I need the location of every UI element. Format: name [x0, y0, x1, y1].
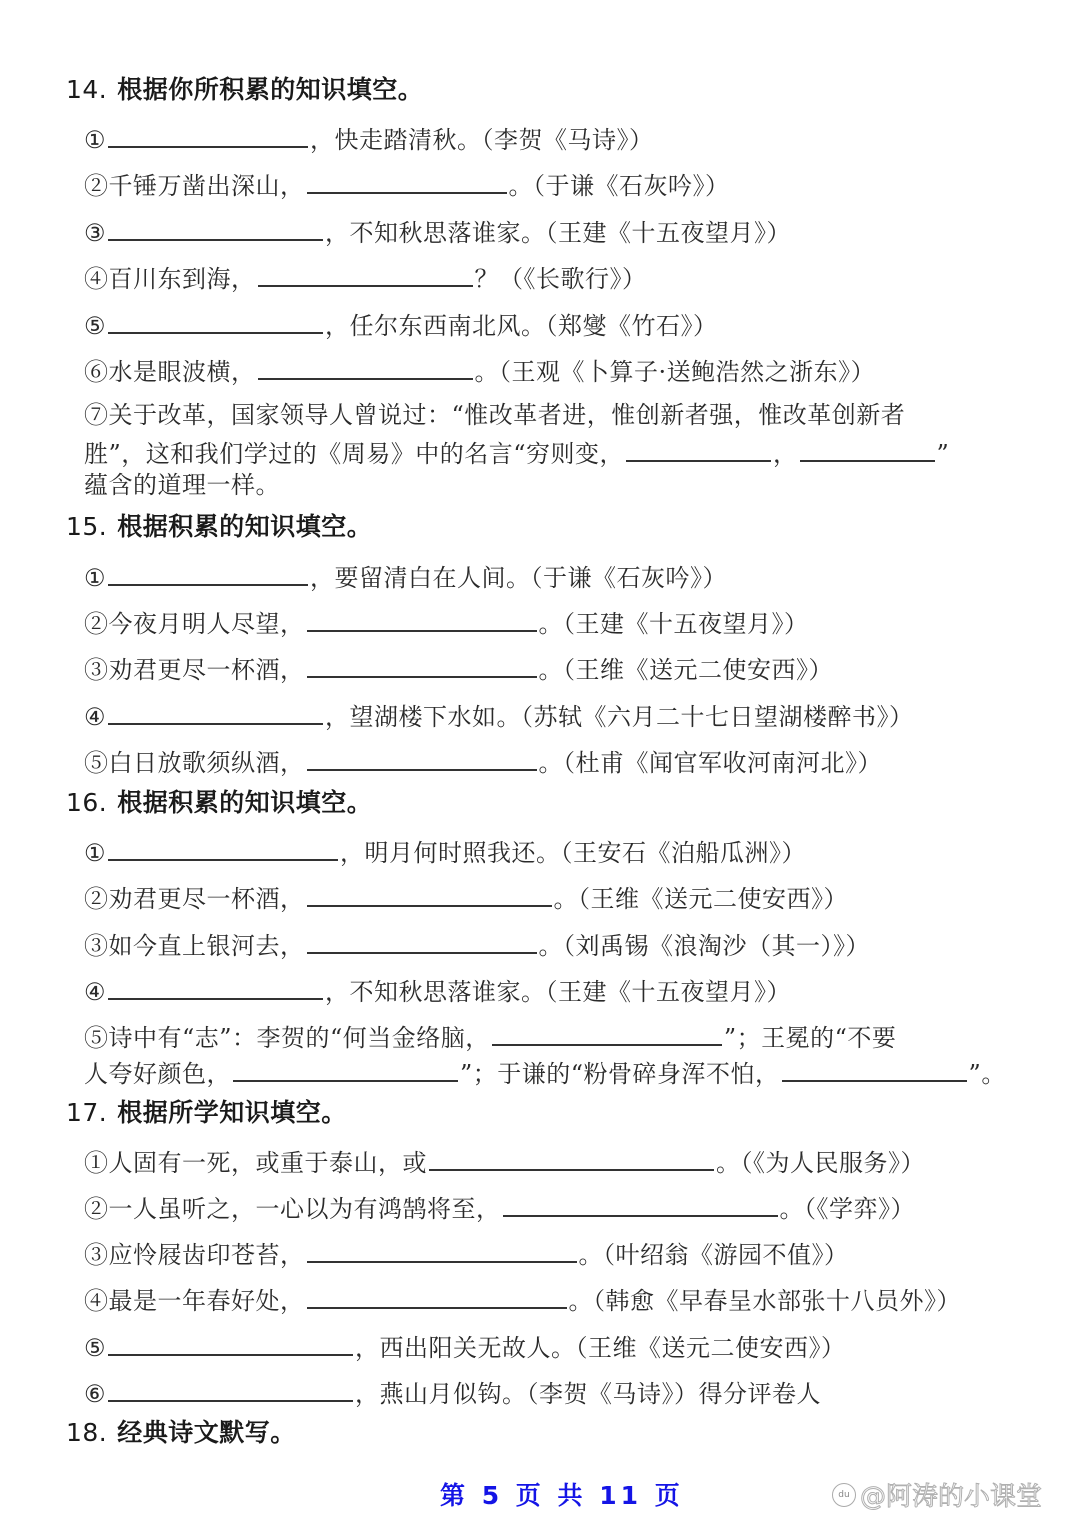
question-16-title: 16.根据积累的知识填空。: [66, 783, 372, 819]
q14-item-3: ③，不知秋思落谁家。（王建《十五夜望月》）: [84, 215, 791, 248]
question-number: 16.: [66, 788, 107, 817]
answer-blank[interactable]: [108, 560, 308, 586]
item-prefix: ⑥: [84, 1380, 106, 1408]
answer-blank[interactable]: [782, 1056, 967, 1082]
item-prefix: ②一人虽听之，一心以为有鸿鹄将至，: [84, 1195, 501, 1223]
item-text: ，要留清白在人间。（于谦《石灰吟》）: [310, 564, 727, 592]
question-14-title: 14.根据你所积累的知识填空。: [66, 70, 423, 106]
item-text: 。（王观《卜算子·送鲍浩然之浙东》）: [475, 358, 876, 386]
question-text: 根据所学知识填空。: [117, 1098, 347, 1127]
q16-item-5-line-1: ⑤诗中有“志”：李贺的“何当金络脑，”；王冕的“不要: [84, 1020, 896, 1053]
answer-blank[interactable]: [233, 1056, 458, 1082]
watermark-text: @阿涛的小课堂: [860, 1476, 1042, 1513]
item-prefix: ④最是一年春好处，: [84, 1287, 305, 1315]
question-17-title: 17.根据所学知识填空。: [66, 1093, 347, 1129]
item-text: 。（韩愈《早春呈水部张十八员外》）: [569, 1287, 962, 1315]
answer-blank[interactable]: [307, 1237, 577, 1263]
q14-item-6: ⑥水是眼波横，。（王观《卜算子·送鲍浩然之浙东》）: [84, 354, 875, 387]
question-18-title: 18.经典诗文默写。: [66, 1413, 296, 1449]
baidu-paw-icon: du: [832, 1483, 856, 1507]
item-prefix: ⑤白日放歌须纵酒，: [84, 749, 305, 777]
item-prefix: ①: [84, 564, 106, 592]
item-prefix: ③: [84, 219, 106, 247]
q15-item-2: ②今夜月明人尽望，。（王建《十五夜望月》）: [84, 606, 809, 639]
item-text: ⑦关于改革，国家领导人曾说过：“惟改革者进，惟创新者强，惟改革创新者: [84, 401, 905, 429]
q16-item-5-line-2: 人夸好颜色，”；于谦的“粉骨碎身浑不怕，”。: [84, 1056, 1006, 1089]
answer-blank[interactable]: [307, 881, 552, 907]
answer-blank[interactable]: [108, 699, 323, 725]
item-prefix: ②千锤万凿出深山，: [84, 172, 305, 200]
question-15-title: 15.根据积累的知识填空。: [66, 507, 372, 543]
answer-blank[interactable]: [626, 436, 771, 462]
item-text: 。（王建《十五夜望月》）: [539, 610, 809, 638]
q16-item-1: ①，明月何时照我还。（王安石《泊船瓜洲》）: [84, 835, 806, 868]
item-prefix: ①人固有一死，或重于泰山，或: [84, 1149, 427, 1177]
answer-blank[interactable]: [307, 652, 537, 678]
q14-item-5: ⑤，任尔东西南北风。（郑燮《竹石》）: [84, 308, 718, 341]
item-text: ，快走踏清秋。（李贺《马诗》）: [310, 126, 654, 154]
item-text: ⑤诗中有“志”：李贺的“何当金络脑，: [84, 1024, 490, 1052]
item-text: ，明月何时照我还。（王安石《泊船瓜洲》）: [340, 839, 806, 867]
q17-item-6: ⑥，燕山月似钩。（李贺《马诗》）得分评卷人: [84, 1376, 821, 1409]
q14-item-4: ④百川东到海，？（《长歌行》）: [84, 261, 647, 294]
item-prefix: ⑤: [84, 312, 106, 340]
q16-item-4: ④，不知秋思落谁家。（王建《十五夜望月》）: [84, 974, 791, 1007]
item-text: ，不知秋思落谁家。（王建《十五夜望月》）: [325, 219, 791, 247]
answer-blank[interactable]: [307, 168, 507, 194]
item-text: ，望湖楼下水如。（苏轼《六月二十七日望湖楼醉书》）: [325, 703, 914, 731]
question-text: 经典诗文默写。: [117, 1418, 296, 1447]
item-text: ，任尔东西南北风。（郑燮《竹石》）: [325, 312, 718, 340]
item-prefix: ④: [84, 978, 106, 1006]
item-prefix: ⑥水是眼波横，: [84, 358, 256, 386]
answer-blank[interactable]: [258, 354, 473, 380]
item-text: 。（杜甫《闻官军收河南河北》）: [539, 749, 883, 777]
item-prefix: ⑤: [84, 1334, 106, 1362]
answer-blank[interactable]: [429, 1145, 714, 1171]
item-text: 。（《学弈》）: [780, 1195, 916, 1223]
item-text: ，西出阳关无故人。（王维《送元二使安西》）: [355, 1334, 846, 1362]
exam-page: 14.根据你所积累的知识填空。 ①，快走踏清秋。（李贺《马诗》） ②千锤万凿出深…: [0, 0, 1080, 1528]
item-prefix: ①: [84, 839, 106, 867]
item-text: ，: [773, 440, 798, 468]
item-text: ，不知秋思落谁家。（王建《十五夜望月》）: [325, 978, 791, 1006]
q14-item-2: ②千锤万凿出深山，。（于谦《石灰吟》）: [84, 168, 730, 201]
answer-blank[interactable]: [503, 1191, 778, 1217]
item-text: 。（于谦《石灰吟》）: [509, 172, 730, 200]
item-text: ，燕山月似钩。（李贺《马诗》）得分评卷人: [355, 1380, 821, 1408]
question-number: 15.: [66, 512, 107, 541]
question-text: 根据你所积累的知识填空。: [117, 75, 423, 104]
item-prefix: ③应怜屐齿印苍苔，: [84, 1241, 305, 1269]
q14-item-7-line-1: ⑦关于改革，国家领导人曾说过：“惟改革者进，惟创新者强，惟改革创新者: [84, 400, 905, 430]
page-number: 第 5 页 共 11 页: [440, 1476, 684, 1512]
q16-item-2: ②劝君更尽一杯酒，。（王维《送元二使安西》）: [84, 881, 848, 914]
q17-item-2: ②一人虽听之，一心以为有鸿鹄将至，。（《学弈》）: [84, 1191, 915, 1224]
q15-item-3: ③劝君更尽一杯酒，。（王维《送元二使安西》）: [84, 652, 833, 685]
item-text: ”。: [969, 1060, 1006, 1088]
q15-item-1: ①，要留清白在人间。（于谦《石灰吟》）: [84, 560, 727, 593]
item-prefix: ②劝君更尽一杯酒，: [84, 885, 305, 913]
q15-item-4: ④，望湖楼下水如。（苏轼《六月二十七日望湖楼醉书》）: [84, 699, 914, 732]
item-text: 。（刘禹锡《浪淘沙（其一）》）: [539, 932, 871, 960]
q17-item-1: ①人固有一死，或重于泰山，或。（《为人民服务》）: [84, 1145, 925, 1178]
q16-item-3: ③如今直上银河去，。（刘禹锡《浪淘沙（其一）》）: [84, 928, 870, 961]
q17-item-3: ③应怜屐齿印苍苔，。（叶绍翁《游园不值》）: [84, 1237, 849, 1270]
question-text: 根据积累的知识填空。: [117, 788, 372, 817]
question-text: 根据积累的知识填空。: [117, 512, 372, 541]
answer-blank[interactable]: [800, 436, 935, 462]
item-text: 。（王维《送元二使安西》）: [539, 656, 834, 684]
item-text: ？（《长歌行》）: [475, 265, 647, 293]
q14-item-7-line-2: 胜”，这和我们学过的《周易》中的名言“穷则变，，”: [84, 436, 949, 469]
question-number: 17.: [66, 1098, 107, 1127]
answer-blank[interactable]: [307, 606, 537, 632]
answer-blank[interactable]: [108, 974, 323, 1000]
answer-blank[interactable]: [108, 835, 338, 861]
item-prefix: ②今夜月明人尽望，: [84, 610, 305, 638]
answer-blank[interactable]: [307, 745, 537, 771]
q17-item-4: ④最是一年春好处，。（韩愈《早春呈水部张十八员外》）: [84, 1283, 961, 1316]
answer-blank[interactable]: [492, 1020, 722, 1046]
item-text: ”: [937, 440, 950, 468]
item-text: 蕴含的道理一样。: [84, 471, 280, 499]
item-prefix: ④: [84, 703, 106, 731]
answer-blank[interactable]: [108, 122, 308, 148]
q14-item-7-line-3: 蕴含的道理一样。: [84, 470, 280, 500]
watermark: du @阿涛的小课堂: [832, 1476, 1042, 1513]
item-text: ”；于谦的“粉骨碎身浑不怕，: [460, 1060, 780, 1088]
item-text: 人夸好颜色，: [84, 1060, 231, 1088]
answer-blank[interactable]: [108, 215, 323, 241]
item-prefix: ①: [84, 126, 106, 154]
answer-blank[interactable]: [108, 1376, 353, 1402]
answer-blank[interactable]: [108, 308, 323, 334]
answer-blank[interactable]: [108, 1330, 353, 1356]
question-number: 18.: [66, 1418, 107, 1447]
item-prefix: ③劝君更尽一杯酒，: [84, 656, 305, 684]
answer-blank[interactable]: [307, 928, 537, 954]
q14-item-1: ①，快走踏清秋。（李贺《马诗》）: [84, 122, 654, 155]
q17-item-5: ⑤，西出阳关无故人。（王维《送元二使安西》）: [84, 1330, 846, 1363]
item-text: 。（《为人民服务》）: [716, 1149, 925, 1177]
item-text: 。（王维《送元二使安西》）: [554, 885, 849, 913]
item-prefix: ④百川东到海，: [84, 265, 256, 293]
item-text: 。（叶绍翁《游园不值》）: [579, 1241, 849, 1269]
q15-item-5: ⑤白日放歌须纵酒，。（杜甫《闻官军收河南河北》）: [84, 745, 882, 778]
answer-blank[interactable]: [258, 261, 473, 287]
item-prefix: ③如今直上银河去，: [84, 932, 305, 960]
item-text: 胜”，这和我们学过的《周易》中的名言“穷则变，: [84, 440, 624, 468]
item-text: ”；王冕的“不要: [724, 1024, 897, 1052]
question-number: 14.: [66, 75, 107, 104]
answer-blank[interactable]: [307, 1283, 567, 1309]
